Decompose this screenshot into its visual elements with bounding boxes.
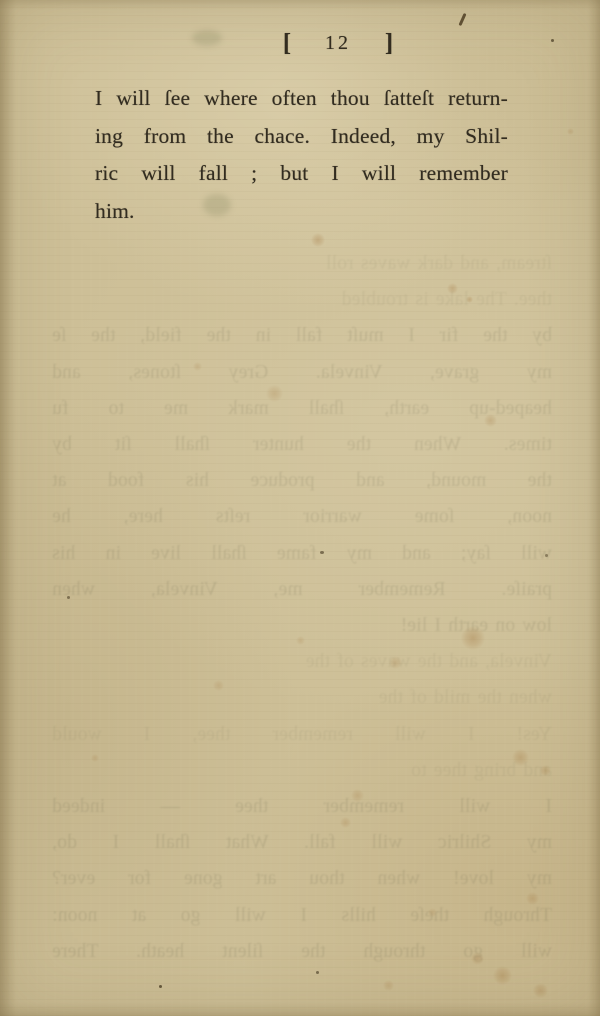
bleedthrough-line: my Shilric will fall. What ſhall I do, — [52, 825, 552, 861]
bleedthrough-line: praiſe. Remember me, Vinvela, when — [52, 572, 552, 608]
foxing-spot — [526, 892, 539, 905]
bleedthrough-line: thee. The lake is troubled — [52, 282, 552, 318]
foxing-spot — [351, 789, 364, 802]
bleedthrough-text: ſtream, and dark waves roll thee. The la… — [52, 246, 552, 970]
ink-speck — [67, 596, 70, 599]
bleedthrough-line: when the mild of the — [52, 680, 552, 716]
foxing-spot — [533, 983, 548, 998]
bleedthrough-line: heaped-up earth, ſhall mark me to fu — [52, 391, 552, 427]
foxing-spot — [193, 362, 202, 371]
left-bracket: [ — [283, 29, 291, 57]
foxing-spot — [567, 128, 574, 135]
bleedthrough-line: my love! when thou art gone for ever? — [52, 861, 552, 897]
text-line: him. — [95, 193, 508, 231]
foxing-spot — [466, 296, 473, 303]
ink-speck — [159, 985, 162, 988]
ink-speck — [320, 551, 324, 554]
foxing-spot — [389, 656, 402, 669]
body-text: I will ſee where often thou ſatteſt retu… — [95, 80, 508, 230]
bleedthrough-line: will go through the ſilent heath. There — [52, 934, 552, 970]
bleedthrough-line: Yes! I will remember thee, I would — [52, 717, 552, 753]
foxing-spot — [540, 765, 551, 776]
foxing-spot — [340, 817, 351, 828]
foxing-spot — [493, 966, 512, 985]
foxing-spot — [428, 908, 437, 917]
pen-mark — [458, 13, 466, 26]
bleedthrough-line: by the fir I muſt fall in the field, the… — [52, 318, 552, 354]
foxing-spot — [512, 749, 529, 766]
bleedthrough-line: I will remember thee — indeed — [52, 789, 552, 825]
bleedthrough-line: low on earth I lie! — [52, 608, 552, 644]
foxing-spot — [311, 233, 325, 247]
ink-speck — [551, 39, 554, 42]
foxing-spot — [484, 414, 497, 427]
ink-speck — [316, 971, 319, 974]
bleedthrough-line: and bring thee to — [52, 753, 552, 789]
text-line: ing from the chace. Indeed, my Shil- — [95, 118, 508, 156]
foxing-spot — [213, 680, 224, 691]
book-page-scan: ſtream, and dark waves roll thee. The la… — [0, 0, 600, 1016]
foxing-spot — [266, 385, 283, 402]
bleedthrough-line: Vinvela, and the waves of the — [52, 644, 552, 680]
page-header: [ 12 ] — [283, 30, 393, 57]
bleedthrough-line: noon, ſome warrior reſts here, he — [52, 499, 552, 535]
ink-speck — [545, 554, 548, 557]
bleedthrough-line: will ſay; and my fame ſhall live in his — [52, 536, 552, 572]
bleedthrough-line: ſtream, and dark waves roll — [52, 246, 552, 282]
bleedthrough-line: my grave, Vinvela. Grey ſtones, and — [52, 355, 552, 391]
right-bracket: ] — [385, 29, 393, 57]
bleedthrough-line: times. When the hunter ſhall ſit by — [52, 427, 552, 463]
page-number: 12 — [325, 32, 351, 55]
foxing-spot — [471, 952, 484, 965]
foxing-spot — [91, 754, 99, 762]
foxing-spot — [296, 636, 305, 645]
text-line: I will ſee where often thou ſatteſt retu… — [95, 80, 508, 118]
bleedthrough-line: Through theſe hills I will go at noon: — [52, 898, 552, 934]
foxing-spot — [383, 980, 394, 991]
bleedthrough-line: the mound, and produce his food at — [52, 463, 552, 499]
text-line: ric will fall ; but I will remember — [95, 155, 508, 193]
ink-smudge — [192, 30, 222, 46]
foxing-spot — [461, 626, 485, 650]
foxing-spot — [447, 283, 458, 294]
